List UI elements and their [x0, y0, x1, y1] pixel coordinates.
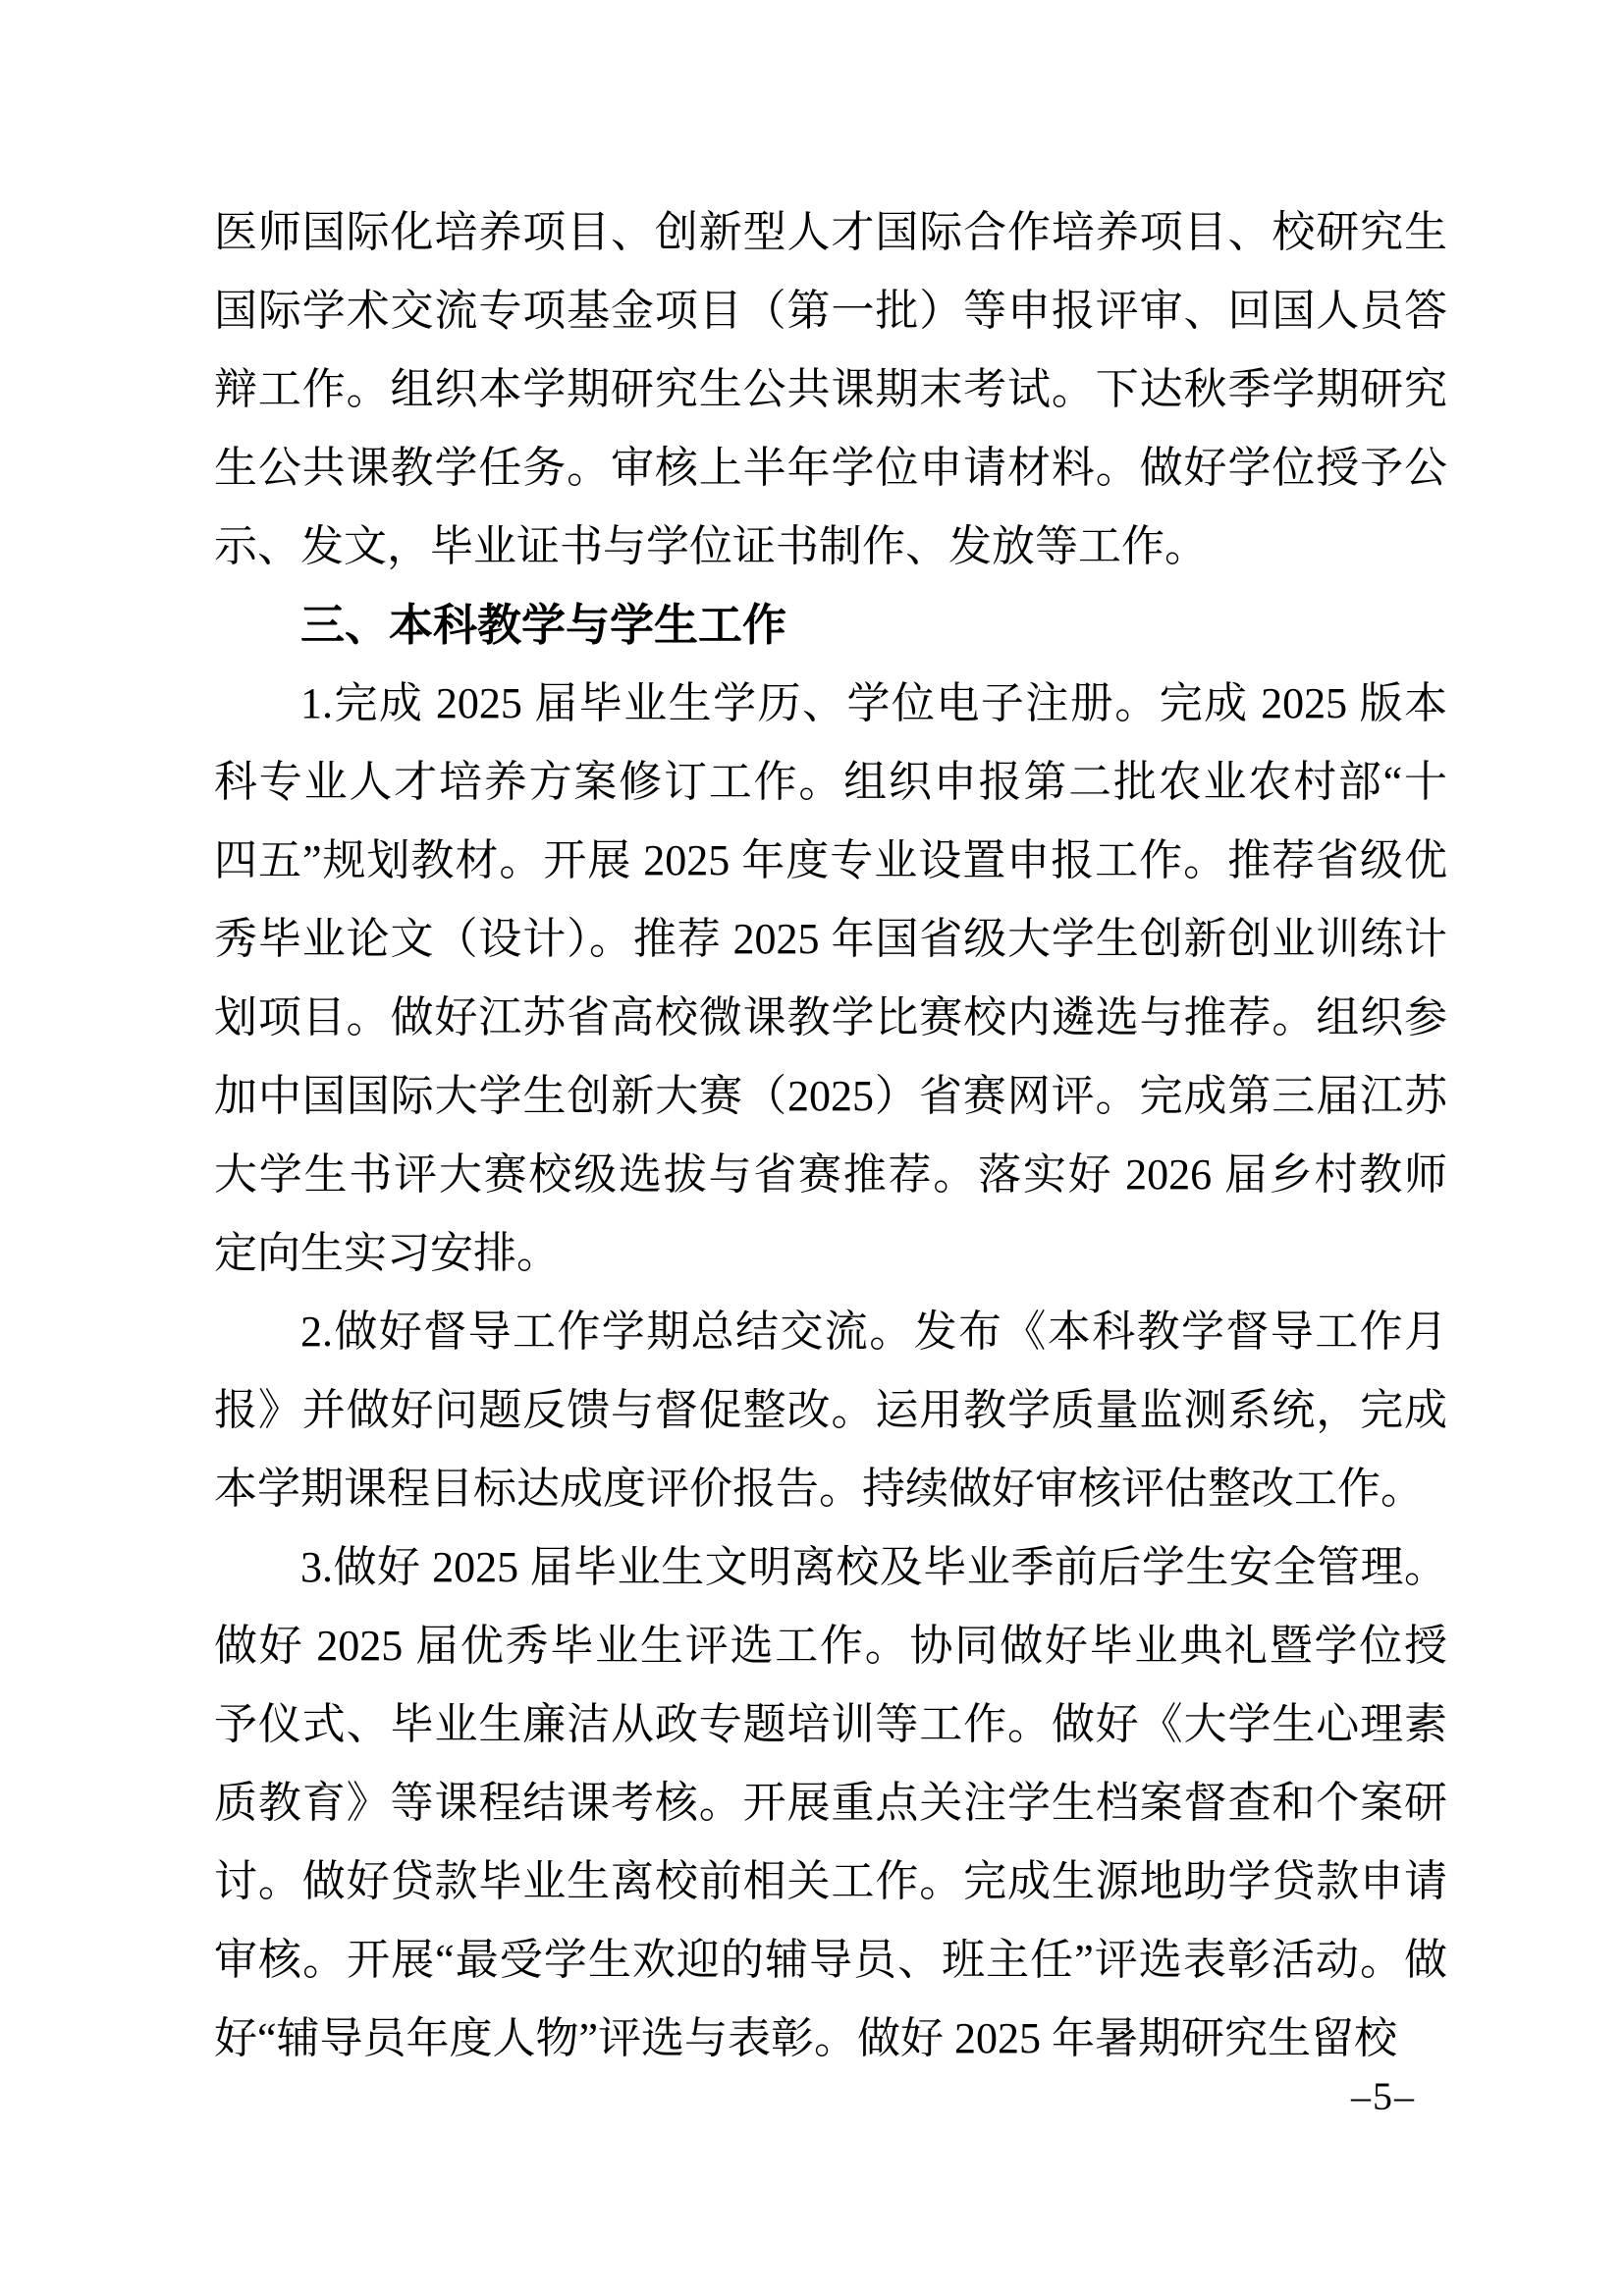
- text-line: 科专业人才培养方案修订工作。组织申报第二批农业农村部“十: [214, 743, 1447, 822]
- document-body: 医师国际化培养项目、创新型人才国际合作培养项目、校研究生国际学术交流专项基金项目…: [214, 193, 1447, 2078]
- text-line: 3.做好 2025 届毕业生文明离校及毕业季前后学生安全管理。: [214, 1528, 1447, 1607]
- text-line: 秀毕业论文（设计）。推荐 2025 年国省级大学生创新创业训练计: [214, 900, 1447, 979]
- text-line: 辩工作。组织本学期研究生公共课期末考试。下达秋季学期研究: [214, 350, 1447, 429]
- page-number: –5–: [1351, 2073, 1416, 2120]
- document-page: 医师国际化培养项目、创新型人才国际合作培养项目、校研究生国际学术交流专项基金项目…: [0, 0, 1624, 2296]
- text-line: 本学期课程目标达成度评价报告。持续做好审核评估整改工作。: [214, 1450, 1447, 1528]
- text-line: 生公共课教学任务。审核上半年学位申请材料。做好学位授予公: [214, 429, 1447, 507]
- text-line: 讨。做好贷款毕业生离校前相关工作。完成生源地助学贷款申请: [214, 1842, 1447, 1921]
- text-line: 质教育》等课程结课考核。开展重点关注学生档案督查和个案研: [214, 1764, 1447, 1842]
- text-line: 审核。开展“最受学生欢迎的辅导员、班主任”评选表彰活动。做: [214, 1921, 1447, 2000]
- text-line: 2.做好督导工作学期总结交流。发布《本科教学督导工作月: [214, 1293, 1447, 1371]
- text-line: 国际学术交流专项基金项目（第一批）等申报评审、回国人员答: [214, 272, 1447, 350]
- text-line: 报》并做好问题反馈与督促整改。运用教学质量监测系统，完成: [214, 1371, 1447, 1450]
- text-line: 划项目。做好江苏省高校微课教学比赛校内遴选与推荐。组织参: [214, 979, 1447, 1057]
- text-line: 定向生实习安排。: [214, 1214, 1447, 1293]
- text-line: 四五”规划教材。开展 2025 年度专业设置申报工作。推荐省级优: [214, 822, 1447, 900]
- text-line: 1.完成 2025 届毕业生学历、学位电子注册。完成 2025 版本: [214, 665, 1447, 743]
- text-line: 予仪式、毕业生廉洁从政专题培训等工作。做好《大学生心理素: [214, 1685, 1447, 1764]
- text-line: 好“辅导员年度人物”评选与表彰。做好 2025 年暑期研究生留校: [214, 2000, 1447, 2078]
- text-line: 大学生书评大赛校级选拔与省赛推荐。落实好 2026 届乡村教师: [214, 1136, 1447, 1214]
- text-line: 加中国国际大学生创新大赛（2025）省赛网评。完成第三届江苏: [214, 1057, 1447, 1136]
- text-line: 示、发文，毕业证书与学位证书制作、发放等工作。: [214, 507, 1447, 586]
- text-line: 医师国际化培养项目、创新型人才国际合作培养项目、校研究生: [214, 193, 1447, 272]
- section-heading: 三、本科教学与学生工作: [214, 586, 1447, 665]
- text-line: 做好 2025 届优秀毕业生评选工作。协同做好毕业典礼暨学位授: [214, 1607, 1447, 1685]
